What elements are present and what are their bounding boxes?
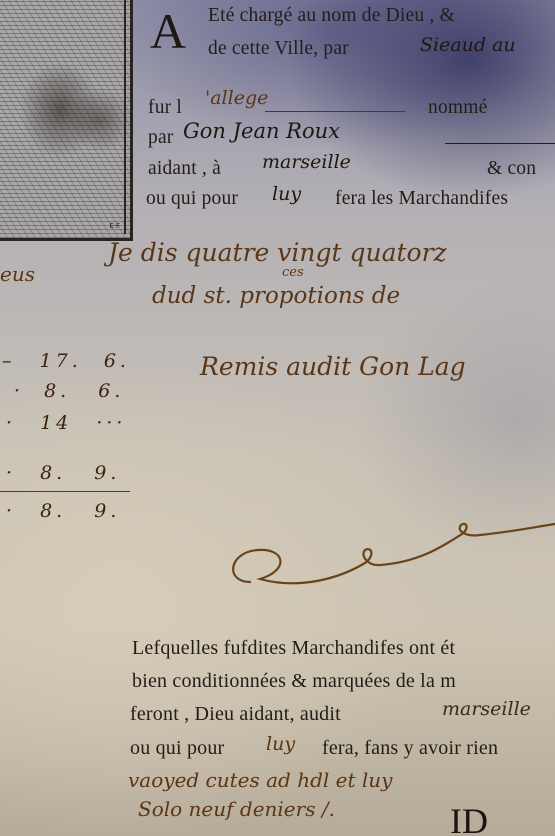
footer-line-4-hand: luy [266,733,295,755]
footer-line-2: bien conditionnées & marquées de la m [132,670,456,693]
footer-line-3-hand: marseille [442,698,531,720]
footer-line-4-print-b: fera, fans y avoir rien [322,737,498,760]
footer-line-3-print: feront , Dieu aidant, audit [130,703,341,726]
footer-line-4-print-a: ou qui pour [130,737,224,760]
footer-hand-line-2: Solo neuf deniers /. [138,797,335,821]
footer-hand-line-1: vaoyed cutes ad hdl et luy [128,768,392,792]
footer-line-1: Lefquelles fufdites Marchandifes ont ét [132,637,455,660]
footer-initials: ID [450,800,488,836]
